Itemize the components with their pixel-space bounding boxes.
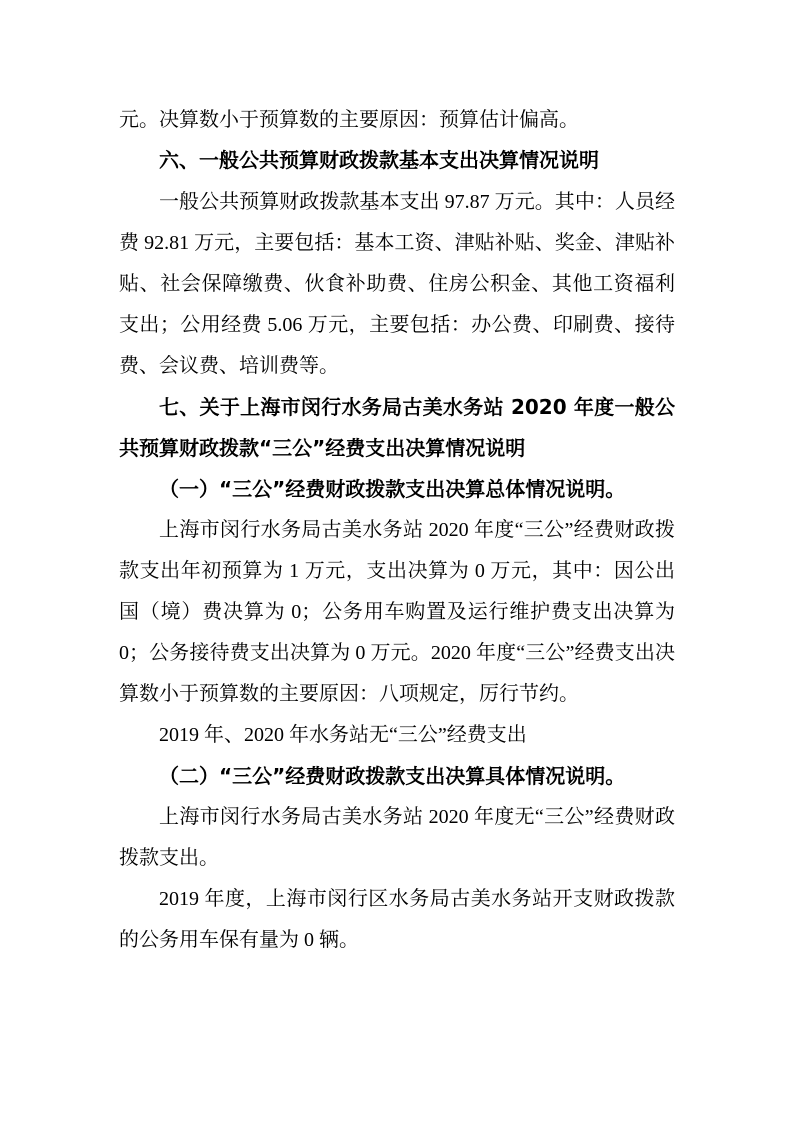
paragraph-official-vehicle-count-2019: 2019 年度，上海市闵行区水务局古美水务站开支财政拨款的公务用车保有量为 0 … [119,879,675,961]
paragraph-sangong-overall-figures: 上海市闵行水务局古美水务站 2020 年度“三公”经费财政拨款支出年初预算为 1… [119,510,675,715]
heading-sub-two-sangong-specific: （二）“三公”经费财政拨款支出决算具体情况说明。 [119,756,675,797]
paragraph-no-sangong-expenditure-2020: 上海市闵行水务局古美水务站 2020 年度无“三公”经费财政拨款支出。 [119,797,675,879]
heading-section-seven-sangong-funds: 七、关于上海市闵行水务局古美水务站 2020 年度一般公共预算财政拨款“三公”经… [119,387,675,469]
document-page: 元。决算数小于预算数的主要原因：预算估计偏高。 六、一般公共预算财政拨款基本支出… [0,0,793,1122]
heading-sub-one-sangong-overall: （一）“三公”经费财政拨款支出决算总体情况说明。 [119,469,675,510]
paragraph-no-sangong-2019-2020: 2019 年、2020 年水务站无“三公”经费支出 [119,715,675,756]
paragraph-continuation-budget-estimate-reason: 元。决算数小于预算数的主要原因：预算估计偏高。 [119,100,675,141]
heading-section-six-basic-expenditure: 六、一般公共预算财政拨款基本支出决算情况说明 [119,141,675,182]
paragraph-basic-expenditure-breakdown: 一般公共预算财政拨款基本支出 97.87 万元。其中：人员经费 92.81 万元… [119,182,675,387]
